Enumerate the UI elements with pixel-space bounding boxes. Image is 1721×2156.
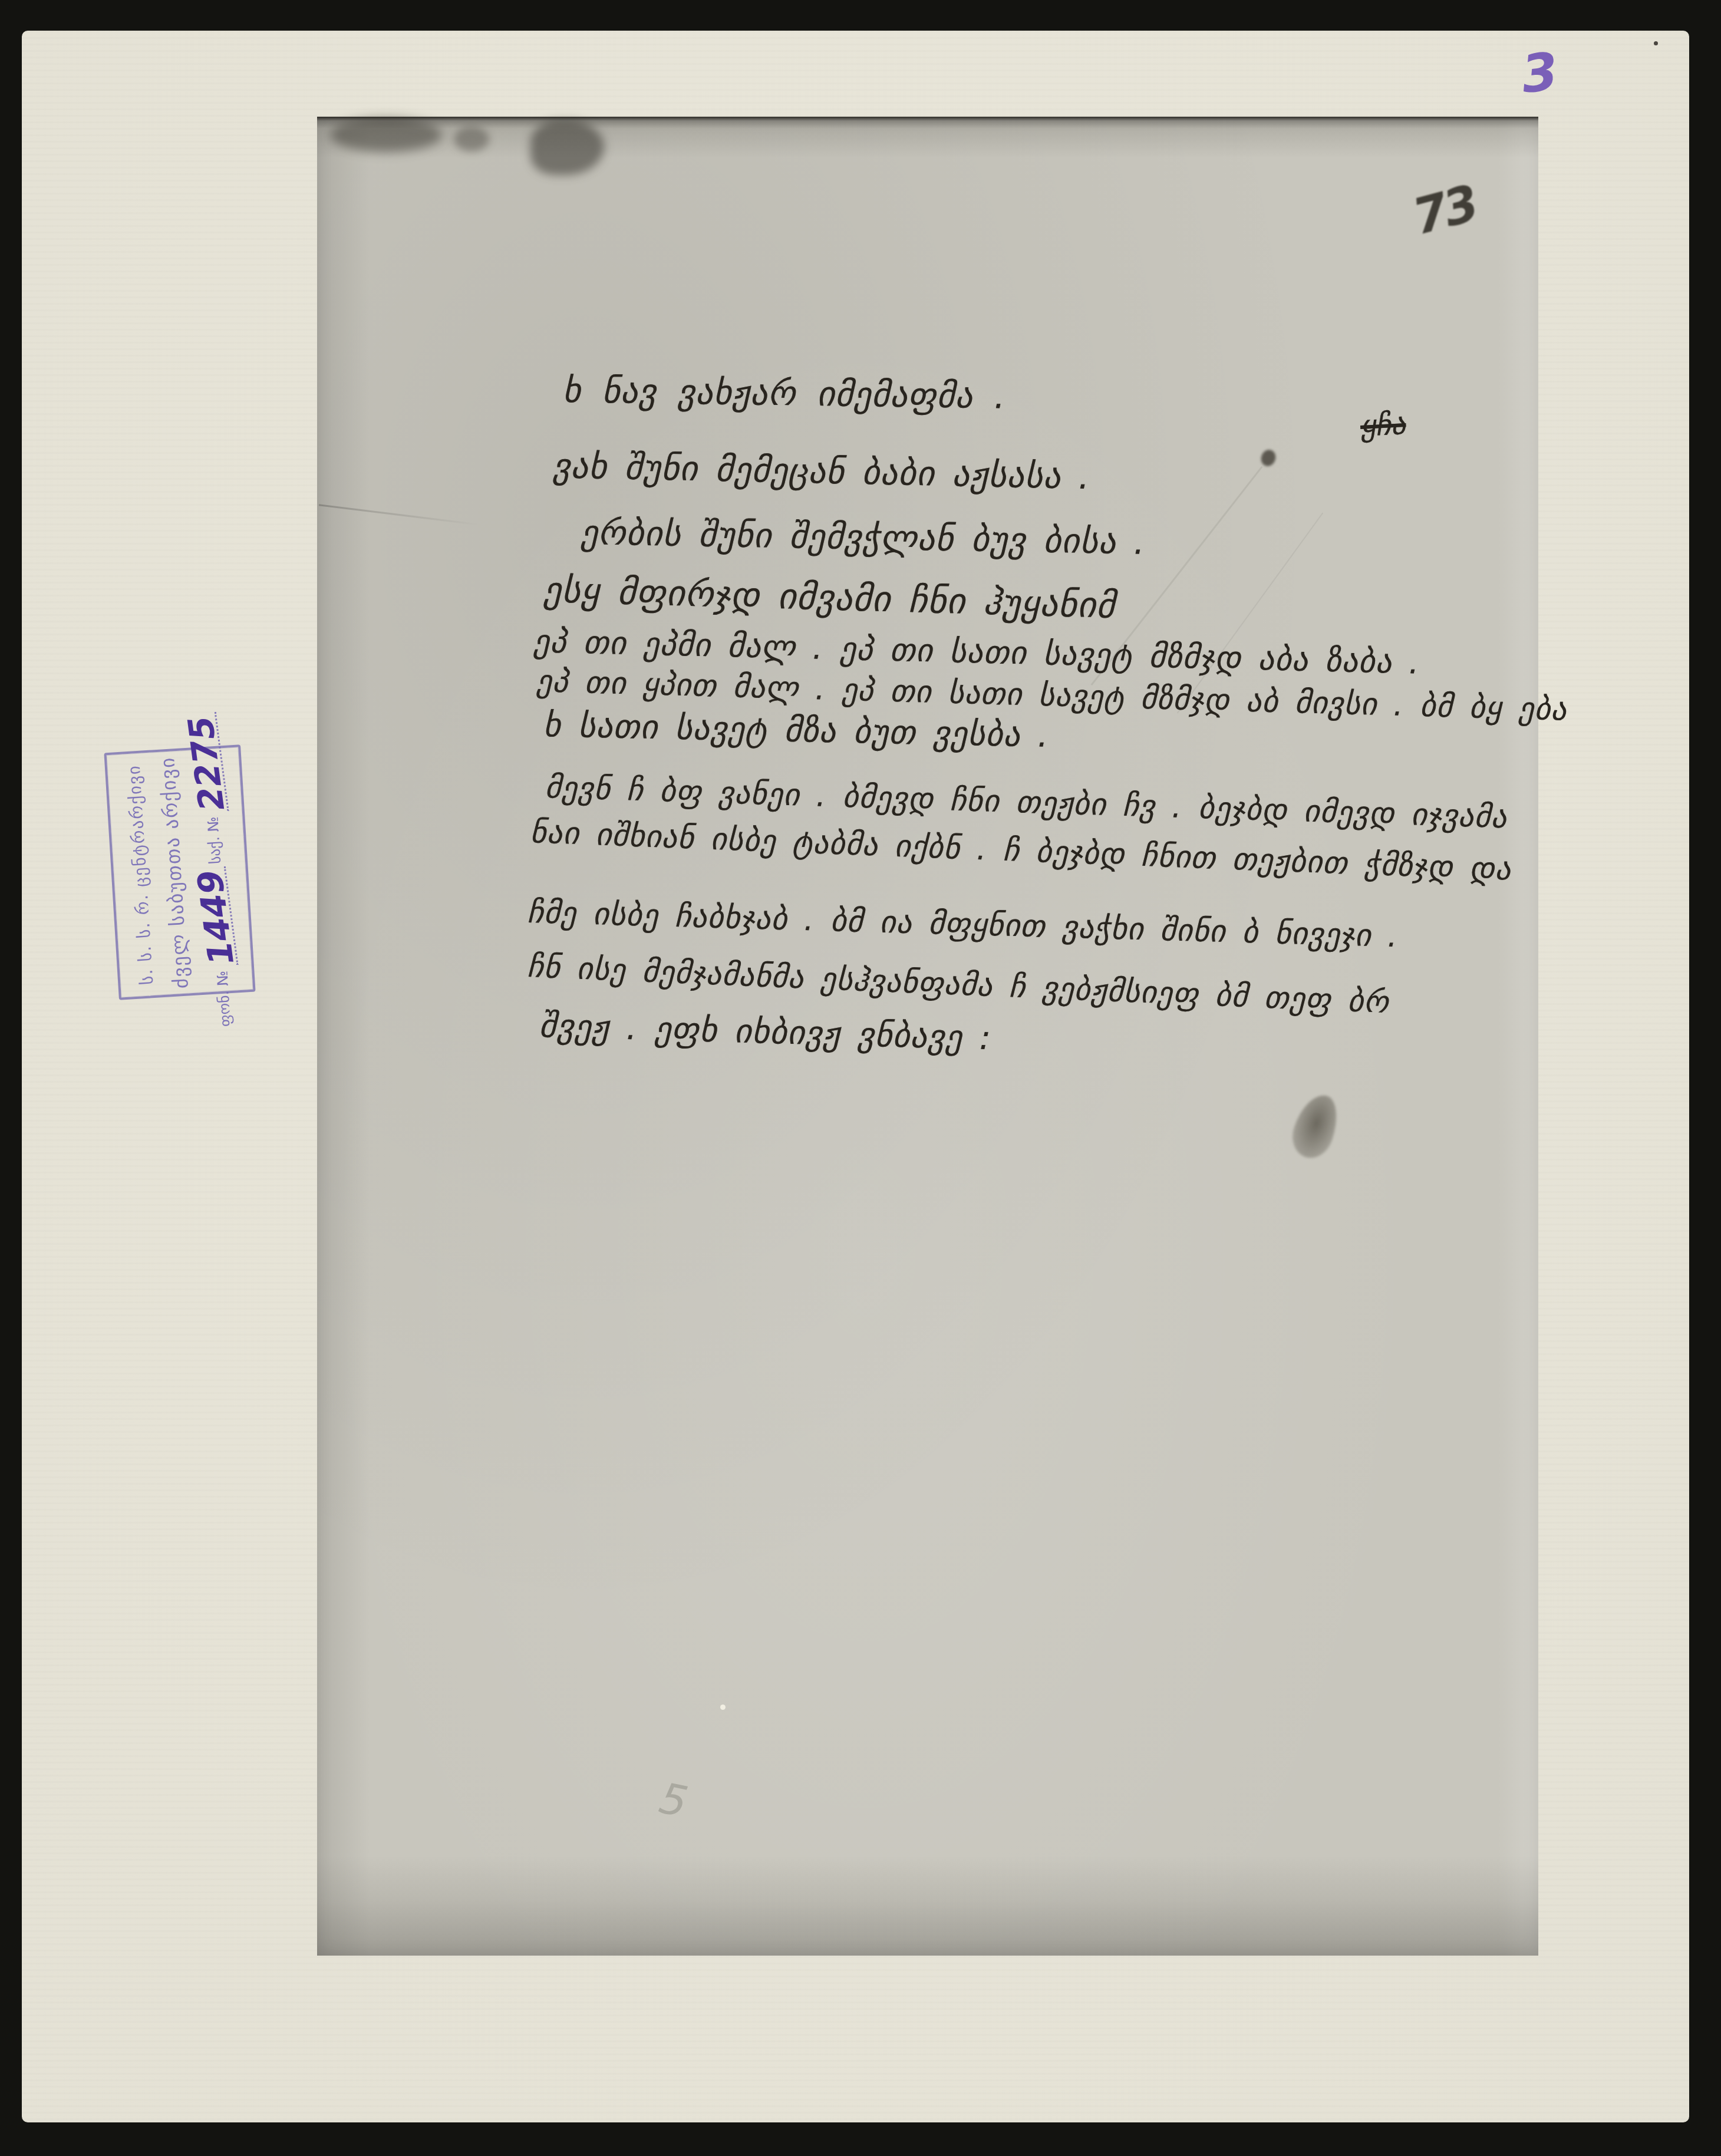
page-number: 3	[1519, 41, 1561, 105]
stamp-institution-line: ს. ს. ს. რ. ცენტრარქივი	[123, 764, 157, 985]
crossed-out-word: ყჩა	[1360, 407, 1407, 443]
dust-speck	[720, 1705, 726, 1710]
stamp-fond-number: 1449	[195, 866, 239, 969]
stamp-numbers-row: ფონ. № 1449 საქ. № 2275	[189, 713, 239, 1028]
archive-stamp: ს. ს. ს. რ. ცენტრარქივი ძველ საბუთთა არქ…	[104, 744, 255, 1000]
top-edge-stain	[330, 118, 442, 152]
stamp-archive-line: ძველ საბუთთა არქივი	[156, 756, 193, 990]
top-edge-stain	[454, 127, 489, 151]
manuscript-line: ხ ნავ ვახჟარ იმემაფმა .	[563, 370, 1006, 416]
stamp-fond-label: ფონ. №	[214, 970, 239, 1027]
stamp-case-label: საქ. №	[205, 816, 229, 865]
scanned-archive-card: 5 3 73 ხ ნავ ვახჟარ იმემაფმა . ყჩა ვახ შ…	[0, 0, 1721, 2156]
mount-speck	[1654, 41, 1658, 45]
